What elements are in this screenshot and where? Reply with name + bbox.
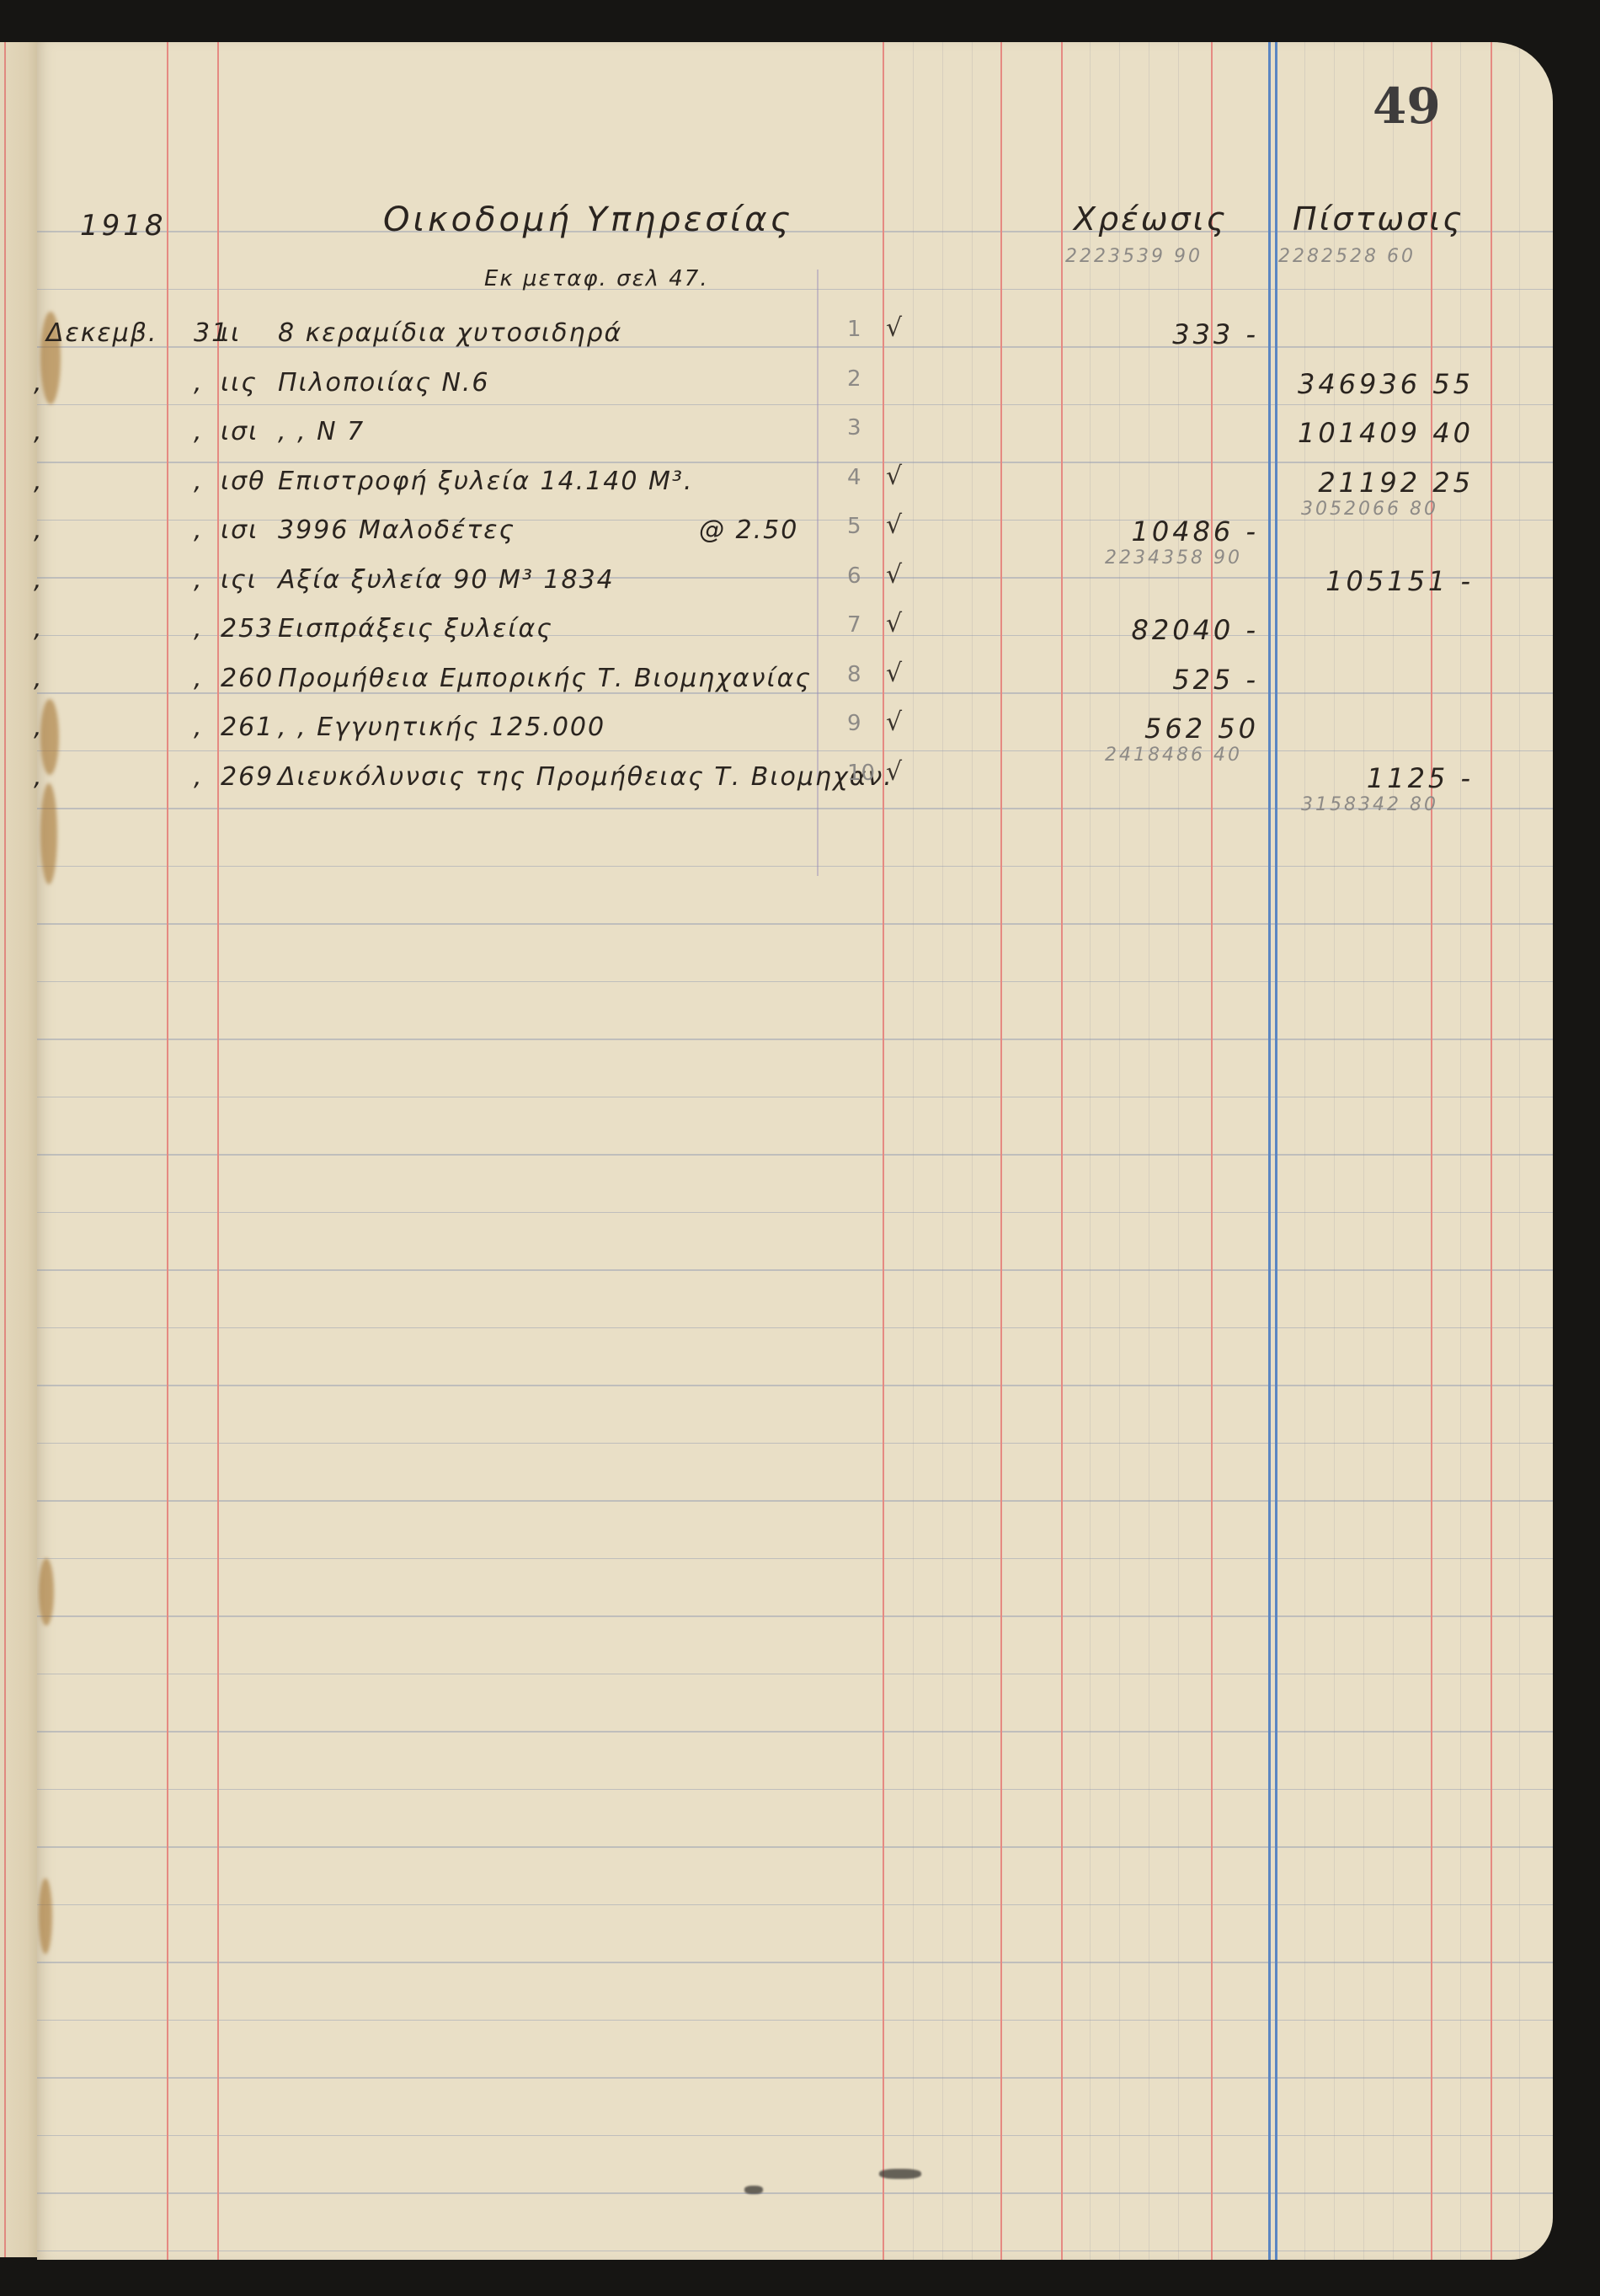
ruled-line <box>37 1154 1553 1156</box>
fine-rule <box>1178 42 1179 2260</box>
fine-rule <box>1149 42 1149 2260</box>
ruled-line <box>37 404 1553 406</box>
entry-credit-amount: 346936 55 <box>1298 368 1474 400</box>
stain <box>40 783 57 884</box>
entry-month: Δεκεμβ. <box>46 318 157 348</box>
entry-line-number: 4 <box>847 465 861 490</box>
entry-description: 8 κεραμίδια χυτοσιδηρά <box>278 318 622 348</box>
entry-line-number: 3 <box>847 415 861 441</box>
entry-credit-amount: 105151 - <box>1325 565 1474 597</box>
running-credit-total: 3158342 80 <box>1301 794 1438 815</box>
debit-column-header: Χρέωσις <box>1074 200 1228 238</box>
ruled-line <box>37 1615 1553 1617</box>
entry-day: , <box>194 417 204 446</box>
running-credit-total: 3052066 80 <box>1301 499 1438 520</box>
entry-reference: ιςι <box>221 565 258 595</box>
ruled-line <box>37 866 1553 868</box>
ruled-line <box>37 750 1553 752</box>
entry-debit-amount: 10486 - <box>1131 515 1259 547</box>
fine-rule <box>913 42 914 2260</box>
entry-description: 3996 Μαλοδέτες <box>278 515 515 545</box>
ruled-line <box>37 1385 1553 1386</box>
ruled-line <box>37 1731 1553 1733</box>
entry-reference: 260 <box>221 664 274 693</box>
ruled-line <box>37 2192 1553 2194</box>
entry-line-number: 9 <box>847 711 861 736</box>
entry-day: , <box>194 664 204 693</box>
checkmark-icon: √ <box>886 659 902 688</box>
brought-forward-label: Εκ μεταφ. σελ 47. <box>484 266 709 291</box>
ruled-line <box>37 1846 1553 1848</box>
entry-month: , <box>34 417 44 446</box>
entry-description: Πιλοποιίας Ν.6 <box>278 368 490 398</box>
entry-reference: ισι <box>221 417 259 446</box>
entry-reference: 261 <box>221 713 274 742</box>
stain <box>39 1558 54 1626</box>
day-column-rule <box>217 42 219 2260</box>
credit-right-rule <box>1491 42 1492 2260</box>
entry-month: , <box>34 762 44 792</box>
entry-debit-amount: 333 - <box>1172 318 1259 350</box>
entry-line-number: 2 <box>847 366 861 392</box>
checkmark-icon: √ <box>886 462 902 491</box>
year: 1918 <box>80 209 167 243</box>
entry-reference: ιις <box>221 368 258 398</box>
account-title: Οικοδομή Υπηρεσίας <box>383 200 793 239</box>
checkmark-icon: √ <box>886 313 902 343</box>
entry-reference: ισθ <box>221 467 266 496</box>
ruled-line <box>37 1097 1553 1098</box>
entry-day: , <box>194 565 204 595</box>
ruled-line <box>37 1212 1553 1214</box>
entry-debit-amount: 525 - <box>1172 664 1259 696</box>
opening-credit-total: 2282528 60 <box>1278 246 1416 267</box>
entry-debit-amount: 82040 - <box>1131 614 1259 646</box>
entry-line-number: 8 <box>847 662 861 687</box>
checkmark-icon: √ <box>886 609 902 638</box>
fine-rule <box>1519 42 1520 2260</box>
fine-rule <box>1119 42 1120 2260</box>
entry-line-number: 6 <box>847 563 861 589</box>
entry-day: , <box>194 467 204 496</box>
entry-month: , <box>34 515 44 545</box>
fine-rule <box>972 42 973 2260</box>
entry-credit-amount: 21192 25 <box>1318 467 1474 499</box>
page-number: 49 <box>1373 77 1441 135</box>
entry-credit-amount: 101409 40 <box>1298 417 1474 449</box>
ruled-line <box>37 1500 1553 1502</box>
entry-description: Εισπράξεις ξυλείας <box>278 614 553 643</box>
entry-month: , <box>34 565 44 595</box>
checkmark-icon: √ <box>886 707 902 737</box>
entry-description: Προμήθεια Εμπορικής Τ. Βιομηχανίας <box>278 664 812 693</box>
entry-description: Αξία ξυλεία 90 Μ³ 1834 <box>278 565 615 595</box>
ruled-line <box>37 1674 1553 1675</box>
entry-description: , , Εγγυητικής 125.000 <box>278 713 605 742</box>
ruled-line <box>37 2251 1553 2252</box>
fine-rule <box>1090 42 1091 2260</box>
entry-day: , <box>194 713 204 742</box>
date-column-rule <box>167 42 168 2260</box>
running-debit-total: 2418486 40 <box>1105 745 1242 766</box>
entry-day: , <box>194 762 204 792</box>
debit-inner-rule <box>1061 42 1063 2260</box>
entry-credit-amount: 1125 - <box>1367 762 1474 794</box>
entry-description: Επιστροφή ξυλεία 14.140 Μ³. <box>278 467 693 496</box>
entry-line-number: 1 <box>847 317 861 342</box>
entry-debit-amount: 562 50 <box>1144 713 1259 745</box>
ink-smudge <box>744 2186 763 2194</box>
ink-smudge <box>879 2169 921 2179</box>
entry-reference: ιι <box>221 318 241 348</box>
blue-divider-1 <box>1268 42 1271 2260</box>
ruled-line <box>37 981 1553 983</box>
ruled-line <box>37 1789 1553 1791</box>
ruled-line <box>37 1327 1553 1329</box>
entry-month: , <box>34 467 44 496</box>
blue-divider-2 <box>1275 42 1277 2260</box>
ruled-line <box>37 2135 1553 2137</box>
entry-month: , <box>34 664 44 693</box>
checkmark-icon: √ <box>886 560 902 590</box>
folio-column-rule <box>883 42 884 2260</box>
checkmark-icon: √ <box>886 510 902 540</box>
entry-day: , <box>194 515 204 545</box>
entry-line-number: 7 <box>847 612 861 638</box>
entry-day: , <box>194 368 204 398</box>
ruled-line <box>37 1904 1553 1906</box>
opening-debit-total: 2223539 90 <box>1065 246 1203 267</box>
debit-cents-rule <box>1211 42 1213 2260</box>
ruled-line <box>37 1443 1553 1444</box>
entry-reference: ισι <box>221 515 259 545</box>
ruled-line <box>37 346 1553 348</box>
ruled-line <box>37 1269 1553 1271</box>
entry-day: , <box>194 614 204 643</box>
credit-column-header: Πίστωσις <box>1293 200 1464 238</box>
entry-line-number: 10 <box>847 761 875 786</box>
fine-rule <box>942 42 943 2260</box>
entry-month: , <box>34 368 44 398</box>
ruled-line <box>37 2020 1553 2021</box>
entry-reference: 253 <box>221 614 274 643</box>
ruled-line <box>37 923 1553 925</box>
running-debit-total: 2234358 90 <box>1105 547 1242 569</box>
entry-unit-price-note: @ 2.50 <box>699 515 798 545</box>
ruled-line <box>37 1962 1553 1963</box>
entry-month: , <box>34 713 44 742</box>
ruled-line <box>37 2077 1553 2079</box>
entry-description: Διευκόλυνσις της Προμήθειας Τ. Βιομηχαν. <box>278 762 893 792</box>
ruled-line <box>37 462 1553 463</box>
ruled-line <box>37 1039 1553 1040</box>
checkmark-icon: √ <box>886 757 902 787</box>
entry-description: , , Ν 7 <box>278 417 365 446</box>
entry-month: , <box>34 614 44 643</box>
entry-line-number: 5 <box>847 514 861 539</box>
debit-left-rule <box>1000 42 1002 2260</box>
entry-reference: 269 <box>221 762 274 792</box>
ruled-line <box>37 1558 1553 1560</box>
ruled-line <box>37 289 1553 291</box>
stain <box>39 1878 52 1954</box>
